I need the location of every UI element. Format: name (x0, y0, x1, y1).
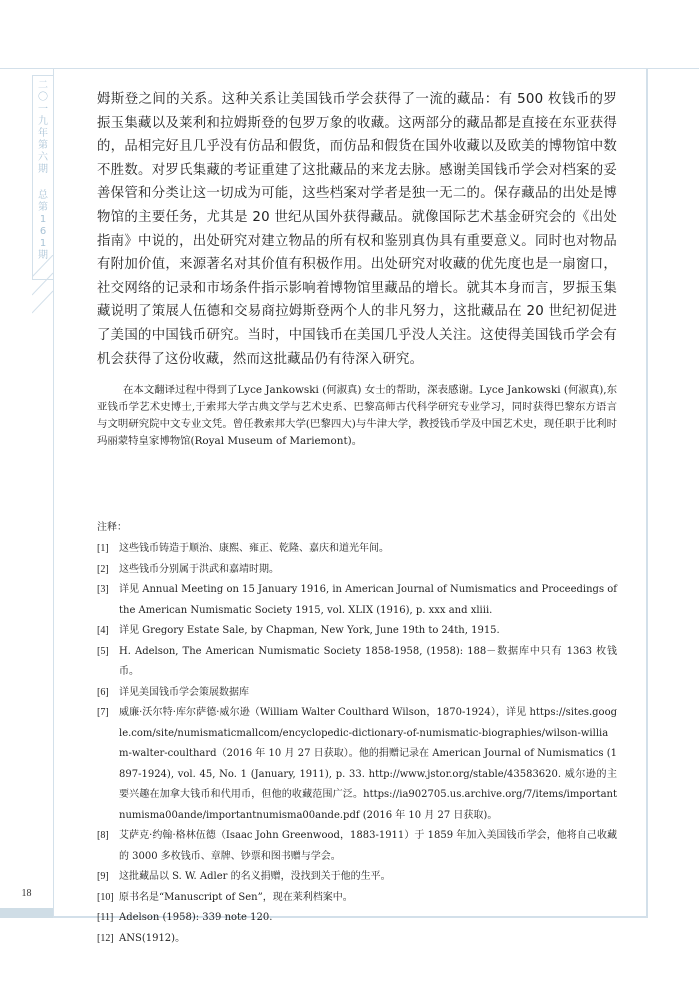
note-text: 详见 Gregory Estate Sale, by Chapman, New … (119, 621, 617, 642)
issue-char: 一 (38, 104, 48, 116)
note-text: 这批藏品以 S. W. Adler 的名义捐赠，没找到关于他的生平。 (119, 867, 617, 888)
note-text: 详见 Annual Meeting on 15 January 1916, in… (119, 580, 617, 621)
total-issue-char: 1 (40, 238, 46, 250)
note-number: [4] (97, 621, 119, 642)
note-number: [12] (97, 929, 119, 950)
note-number: [2] (97, 560, 119, 581)
note-item: [12] ANS(1912)。 (97, 929, 617, 950)
note-item: [7] 威廉·沃尔特·库尔萨德·威尔逊（William Walter Coult… (97, 703, 617, 826)
acknowledgement-text: 在本文翻译过程中得到了Lyce Jankowski (何淑真) 女士的帮助，深表… (97, 382, 617, 450)
note-item: [2] 这些钱币分别属于洪武和嘉靖时期。 (97, 560, 617, 581)
issue-label: 二 〇 一 九 年 第 六 期 总 第 1 6 1 期 (33, 80, 53, 262)
issue-char: 期 (38, 164, 48, 176)
note-item: [3] 详见 Annual Meeting on 15 January 1916… (97, 580, 617, 621)
note-text: H. Adelson, The American Numismatic Soci… (119, 642, 617, 683)
note-item: [10] 原书名是“Manuscript of Sen”，现在莱利档案中。 (97, 888, 617, 909)
page-number-band (0, 908, 53, 918)
acknowledgement-block: 在本文翻译过程中得到了Lyce Jankowski (何淑真) 女士的帮助，深表… (97, 382, 617, 450)
note-item: [6] 详见美国钱币学会策展数据库 (97, 683, 617, 704)
issue-side-tab: 二 〇 一 九 年 第 六 期 总 第 1 6 1 期 (32, 75, 53, 280)
note-number: [10] (97, 888, 119, 909)
note-text: 这些钱币铸造于顺治、康熙、雍正、乾隆、嘉庆和道光年间。 (119, 539, 617, 560)
note-number: [6] (97, 683, 119, 704)
note-number: [9] (97, 867, 119, 888)
issue-char: 九 (38, 116, 48, 128)
note-text: Adelson (1958): 339 note 120. (119, 908, 617, 929)
note-item: [4] 详见 Gregory Estate Sale, by Chapman, … (97, 621, 617, 642)
issue-char: 年 (38, 128, 48, 140)
note-text: 原书名是“Manuscript of Sen”，现在莱利档案中。 (119, 888, 617, 909)
notes-title: 注释： (97, 519, 617, 537)
note-item: [8] 艾萨克·约翰·格林伍德（Isaac John Greenwood，188… (97, 826, 617, 867)
note-item: [1] 这些钱币铸造于顺治、康熙、雍正、乾隆、嘉庆和道光年间。 (97, 539, 617, 560)
total-issue-char: 总 (38, 190, 48, 202)
issue-char: 六 (38, 152, 48, 164)
note-number: [5] (97, 642, 119, 683)
note-number: [7] (97, 703, 119, 826)
note-number: [1] (97, 539, 119, 560)
note-text: 这些钱币分别属于洪武和嘉靖时期。 (119, 560, 617, 581)
total-issue-char: 第 (38, 202, 48, 214)
note-text: ANS(1912)。 (119, 929, 617, 950)
total-issue-char: 6 (40, 226, 46, 238)
body-paragraph: 姆斯登之间的关系。这种关系让美国钱币学会获得了一流的藏品：有 500 枚钱币的罗… (97, 88, 617, 371)
issue-char: 〇 (38, 92, 48, 104)
note-text: 威廉·沃尔特·库尔萨德·威尔逊（William Walter Coulthard… (119, 703, 617, 826)
issue-char: 第 (38, 140, 48, 152)
body-paragraph-block: 姆斯登之间的关系。这种关系让美国钱币学会获得了一流的藏品：有 500 枚钱币的罗… (97, 88, 617, 371)
note-number: [8] (97, 826, 119, 867)
note-item: [9] 这批藏品以 S. W. Adler 的名义捐赠，没找到关于他的生平。 (97, 867, 617, 888)
notes-section: 注释： [1] 这些钱币铸造于顺治、康熙、雍正、乾隆、嘉庆和道光年间。 [2] … (97, 519, 617, 949)
note-item: [11] Adelson (1958): 339 note 120. (97, 908, 617, 929)
note-number: [3] (97, 580, 119, 621)
issue-char: 二 (38, 80, 48, 92)
note-text: 详见美国钱币学会策展数据库 (119, 683, 617, 704)
note-number: [11] (97, 908, 119, 929)
note-text: 艾萨克·约翰·格林伍德（Isaac John Greenwood，1883-19… (119, 826, 617, 867)
total-issue-char: 1 (40, 214, 46, 226)
page-number: 18 (0, 888, 53, 899)
diagonal-stripes-decoration (32, 255, 53, 315)
note-item: [5] H. Adelson, The American Numismatic … (97, 642, 617, 683)
